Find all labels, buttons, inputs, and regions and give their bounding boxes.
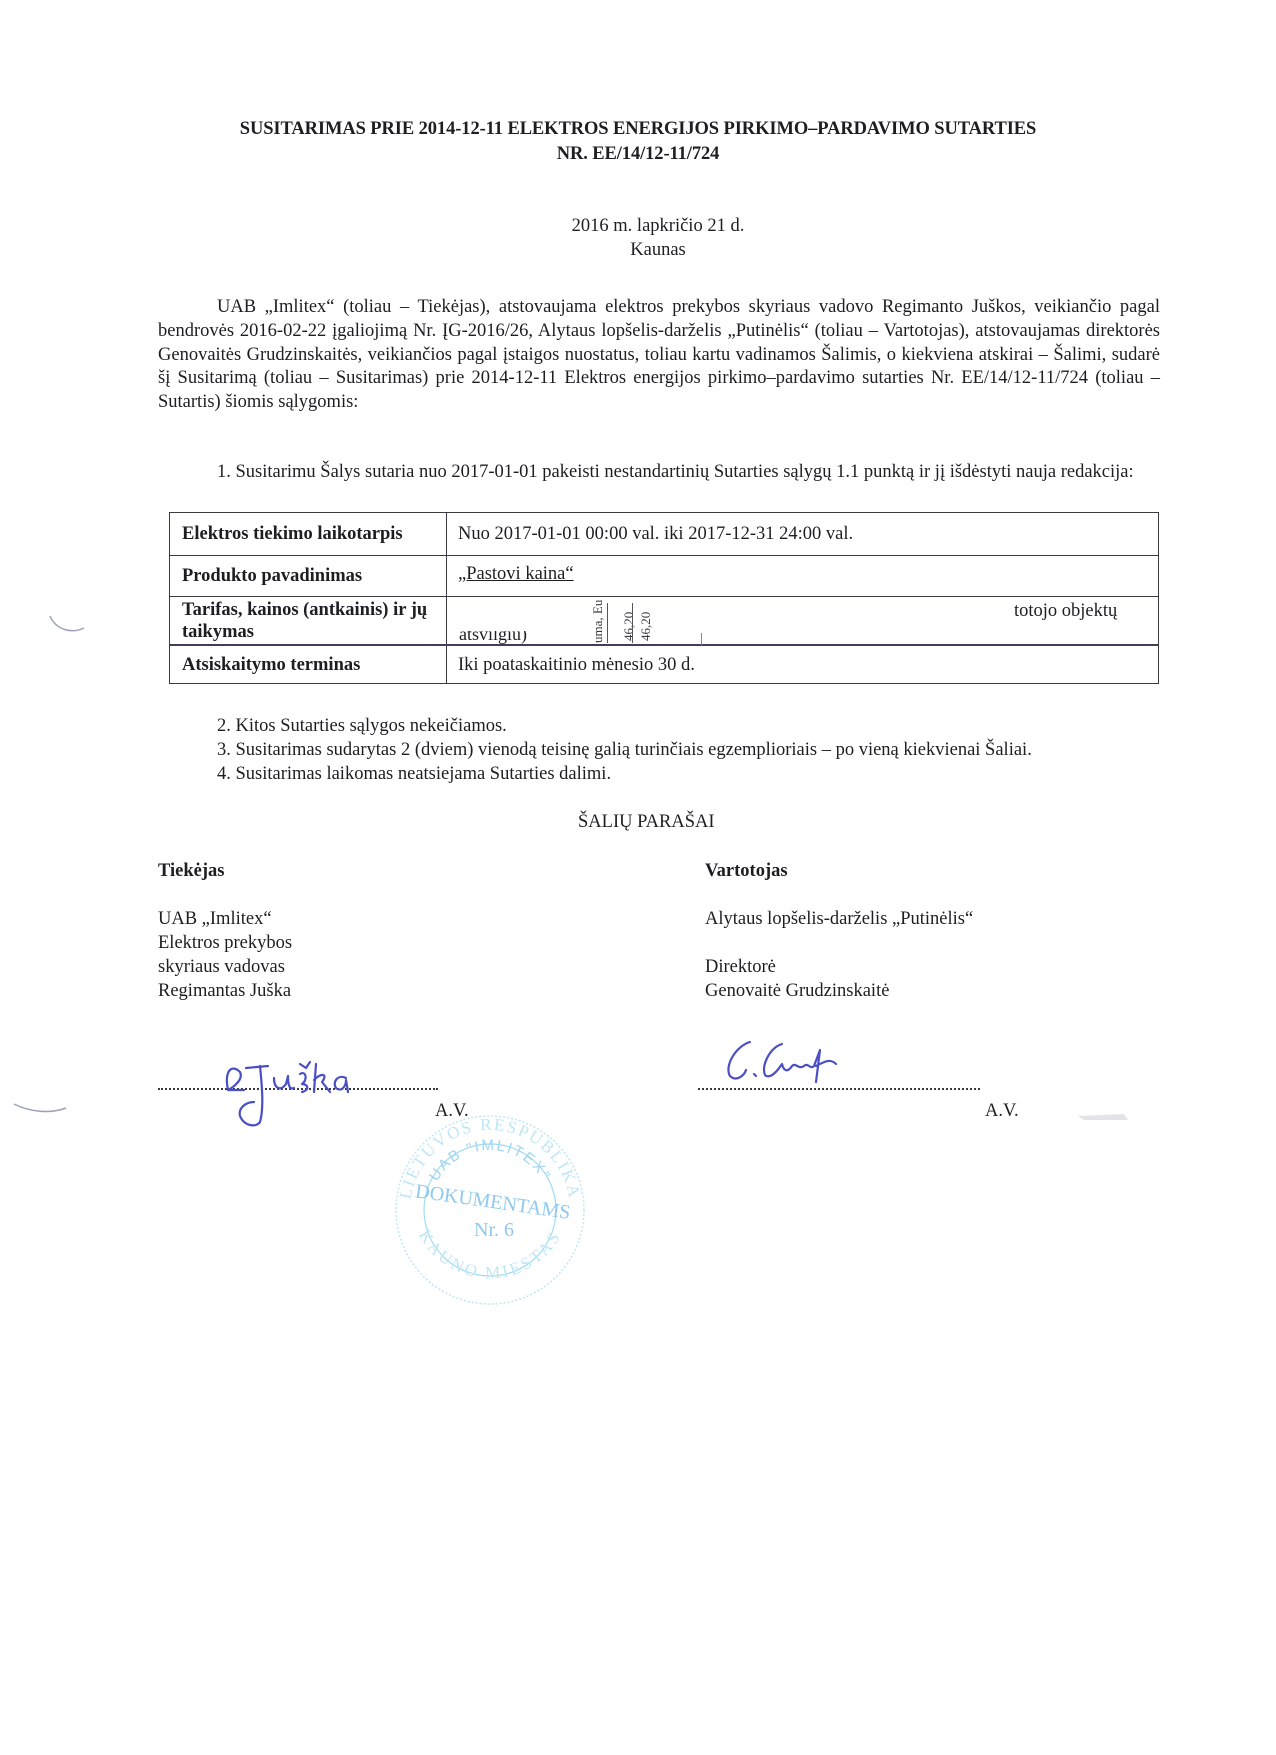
supplier-line: skyriaus vadovas xyxy=(158,956,285,980)
stamp-center-line1: DOKUMENTAMS xyxy=(414,1180,572,1224)
supplier-signature-icon xyxy=(210,1050,360,1130)
scan-mark-icon xyxy=(44,610,94,640)
clause-2: 2. Kitos Sutarties sąlygos nekeičiamos. xyxy=(217,715,507,739)
table-value: „Pastovi kaina“ xyxy=(447,556,1158,596)
intro-paragraph-text: UAB „Imlitex“ (toliau – Tiekėjas), atsto… xyxy=(158,297,1160,412)
table-row-payment-term: Atsiskaitymo terminas Iki poataskaitinio… xyxy=(170,646,1158,684)
supplier-line: Elektros prekybos xyxy=(158,932,292,956)
supplier-line: UAB „Imlitex“ xyxy=(158,908,272,932)
supplier-heading: Tiekėjas xyxy=(158,860,224,884)
consumer-org: Alytaus lopšelis-darželis „Putinėlis“ xyxy=(705,908,973,932)
tariff-fragment-rotated-1: uma, Eu xyxy=(587,600,609,643)
clause-1: 1. Susitarimu Šalys sutaria nuo 2017-01-… xyxy=(158,461,1160,485)
document-title-line1: SUSITARIMAS PRIE 2014-12-11 ELEKTROS ENE… xyxy=(0,118,1276,141)
company-stamp-icon: LIETUVOS RESPUBLIKA UAB "IMLITEX" KAUNO … xyxy=(382,1112,598,1308)
table-row-supply-period: Elektros tiekimo laikotarpis Nuo 2017-01… xyxy=(170,513,1158,556)
table-value-redacted: atsvilgiu) uma, Eu 46,20 46,20 totojo ob… xyxy=(447,597,1158,644)
table-label: Atsiskaitymo terminas xyxy=(170,646,447,684)
clause-4: 4. Susitarimas laikomas neatsiejama Suta… xyxy=(217,763,611,787)
consumer-signature-icon xyxy=(720,1036,880,1092)
document-place: Kaunas xyxy=(0,239,1276,262)
tariff-fragment-divider xyxy=(701,633,702,645)
tariff-fragment-divider xyxy=(607,603,608,643)
table-row-tariff: Tarifas, kainos (antkainis) ir jų taikym… xyxy=(170,597,1158,646)
stamp-center-line2: Nr. 6 xyxy=(474,1219,514,1241)
table-row-product-name: Produkto pavadinimas „Pastovi kaina“ xyxy=(170,556,1158,597)
clause-3: 3. Susitarimas sudarytas 2 (dviem) vieno… xyxy=(217,739,1032,763)
consumer-line: Genovaitė Grudzinskaitė xyxy=(705,980,889,1004)
tariff-fragment-rotated-3: 46,20 xyxy=(635,612,657,641)
clause-1-text: 1. Susitarimu Šalys sutaria nuo 2017-01-… xyxy=(217,462,1134,482)
consumer-heading: Vartotojas xyxy=(705,860,788,884)
scan-mark-icon xyxy=(1074,1108,1134,1124)
intro-paragraph: UAB „Imlitex“ (toliau – Tiekėjas), atsto… xyxy=(158,296,1160,415)
scan-mark-icon xyxy=(10,1100,70,1120)
document-title-line2: NR. EE/14/12-11/724 xyxy=(0,143,1276,166)
tariff-fragment-left: atsvilgiu) xyxy=(459,624,527,644)
table-value: Nuo 2017-01-01 00:00 val. iki 2017-12-31… xyxy=(447,513,1158,555)
tariff-fragment-divider xyxy=(632,603,633,643)
table-label: Tarifas, kainos (antkainis) ir jų taikym… xyxy=(170,597,447,644)
signatures-heading: ŠALIŲ PARAŠAI xyxy=(578,811,715,835)
consumer-line: Direktorė xyxy=(705,956,776,980)
terms-table: Elektros tiekimo laikotarpis Nuo 2017-01… xyxy=(169,512,1159,684)
tariff-fragment-right: totojo objektų xyxy=(1014,600,1117,622)
supplier-line: Regimantas Juška xyxy=(158,980,291,1004)
consumer-seal-label: A.V. xyxy=(985,1100,1019,1124)
table-label: Elektros tiekimo laikotarpis xyxy=(170,513,447,555)
table-label: Produkto pavadinimas xyxy=(170,556,447,596)
document-date: 2016 m. lapkričio 21 d. xyxy=(0,215,1276,238)
table-value: Iki poataskaitinio mėnesio 30 d. xyxy=(447,646,1158,684)
